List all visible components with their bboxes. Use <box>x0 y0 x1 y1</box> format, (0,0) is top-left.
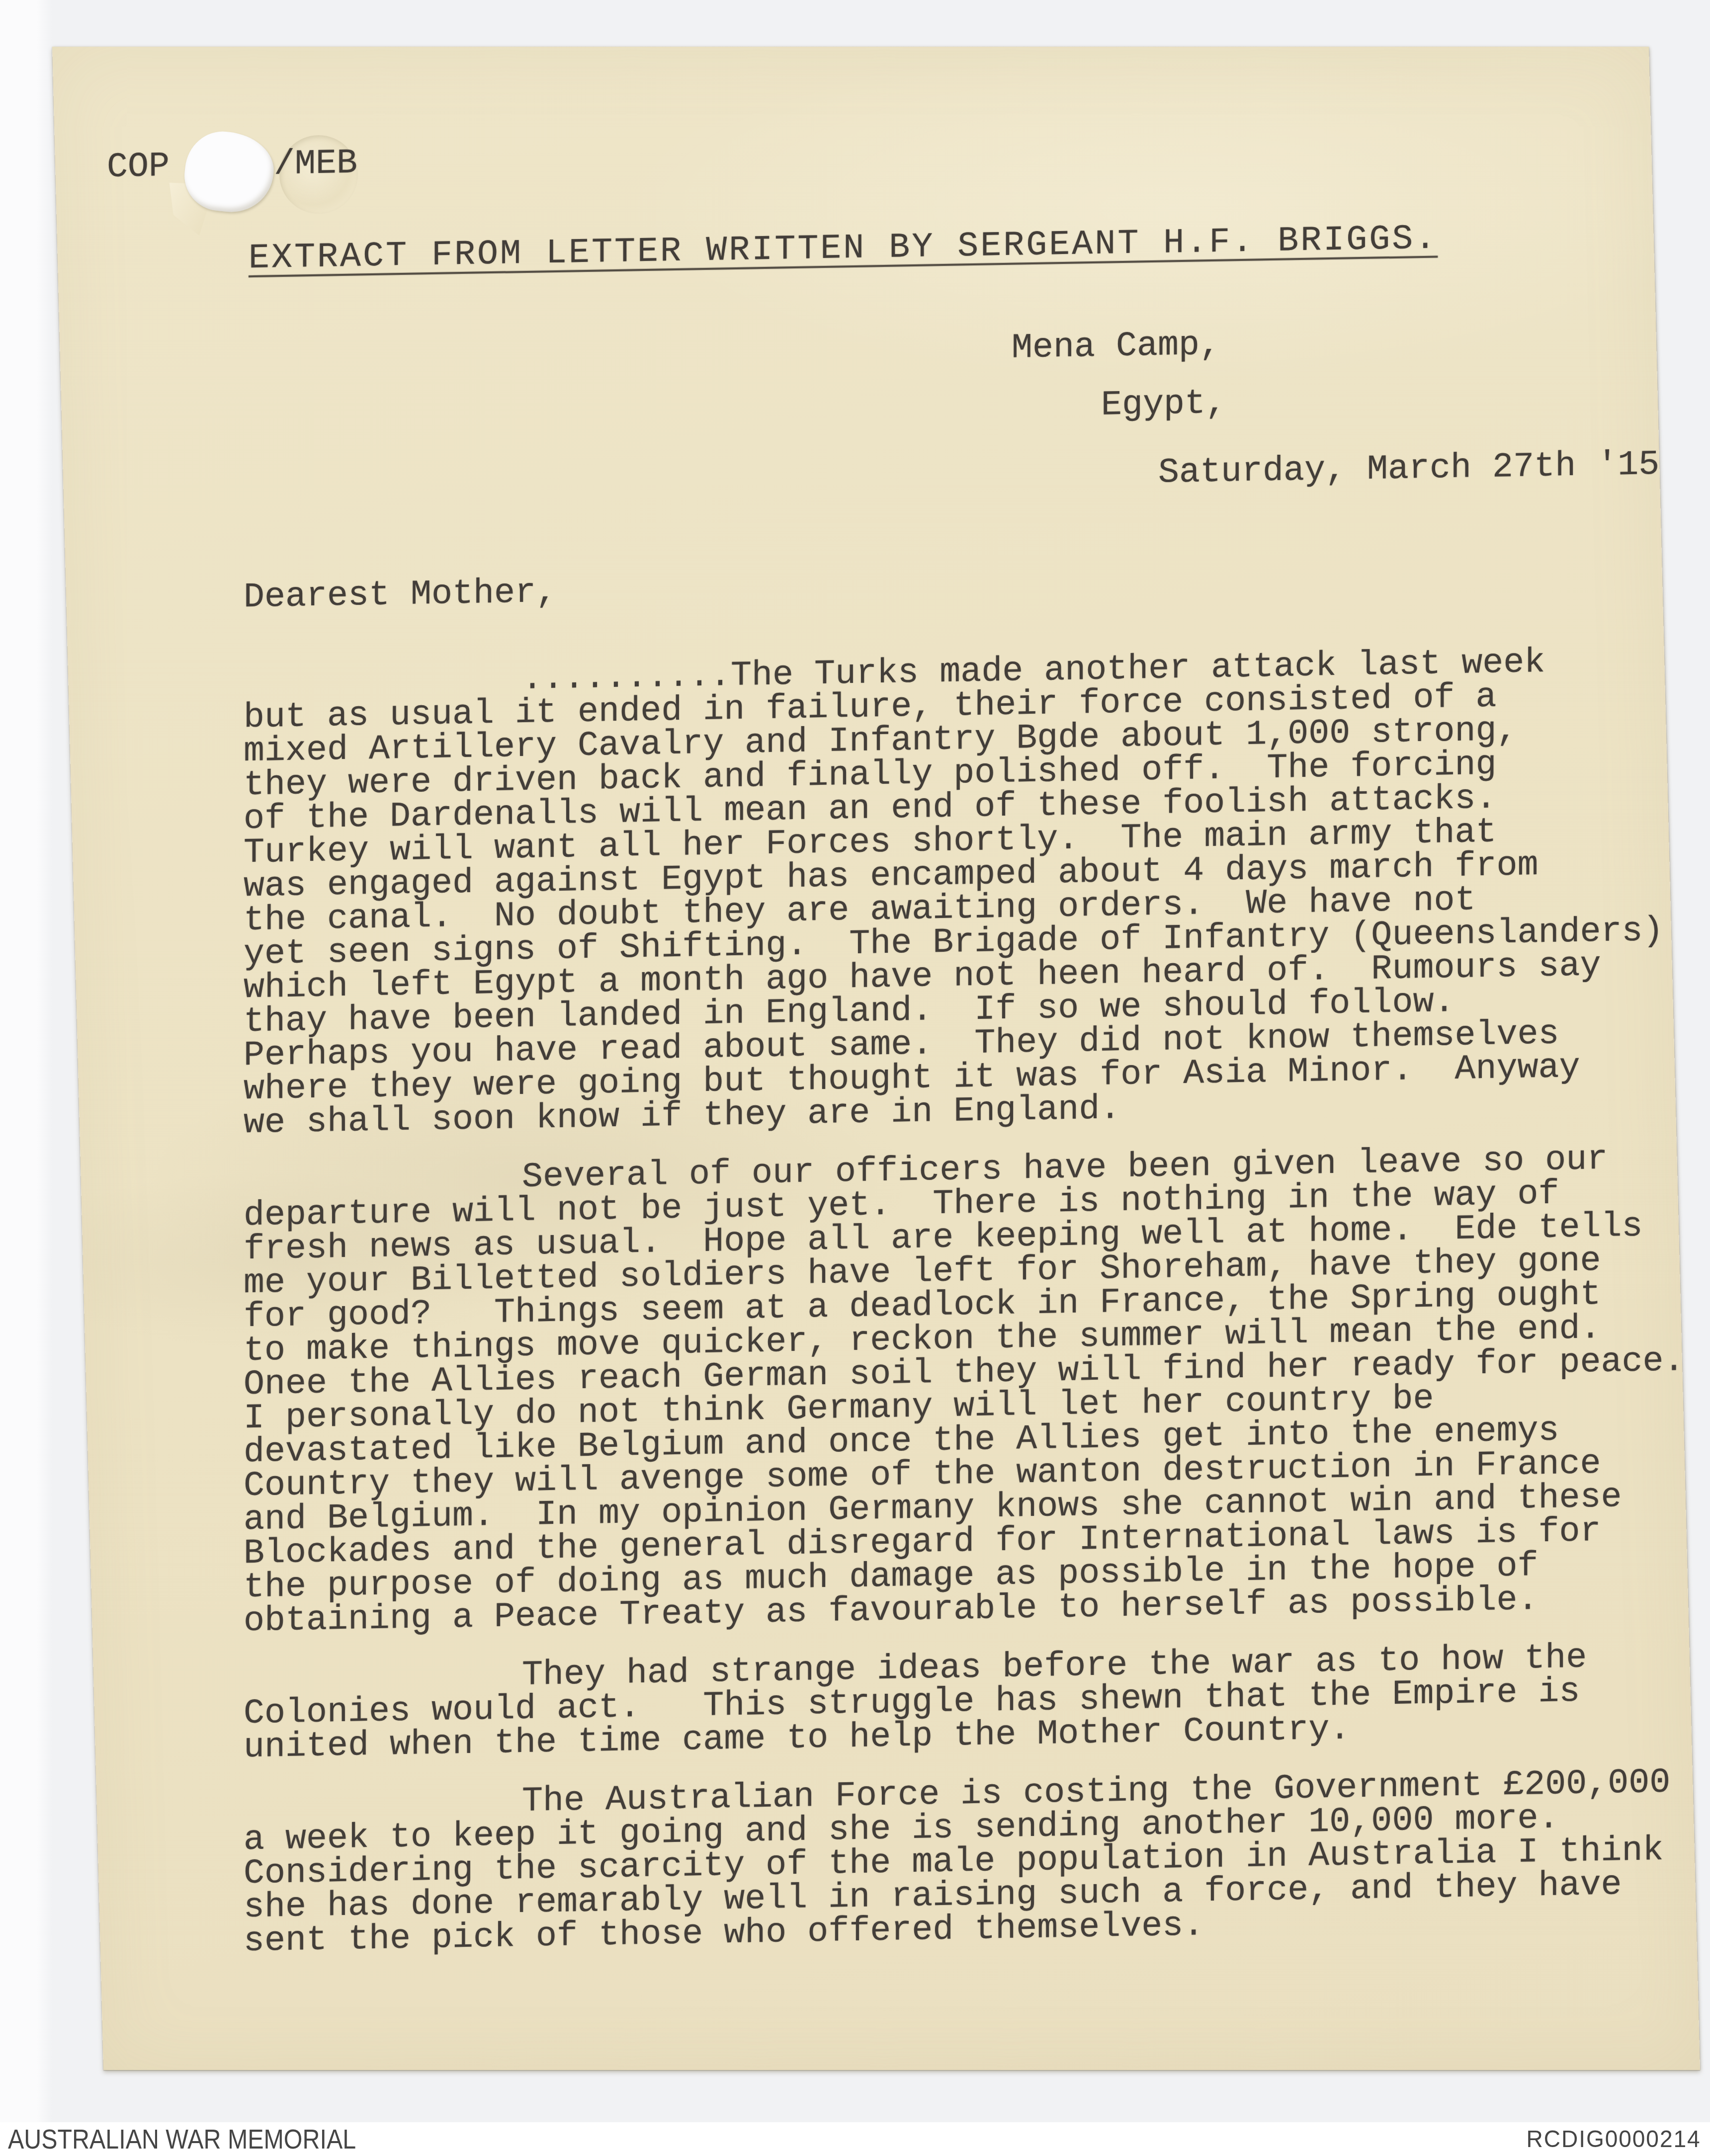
letter-paragraph: ..........The Turks made another attack … <box>244 644 1675 1141</box>
viewer-footer-bar: AUSTRALIAN WAR MEMORIAL RCDIG0000214 <box>0 2122 1710 2156</box>
archive-name-label: AUSTRALIAN WAR MEMORIAL <box>8 2123 356 2155</box>
letter-paragraph: Several of our officers have been given … <box>244 1142 1675 1639</box>
letter-title: EXTRACT FROM LETTER WRITTEN BY SERGEANT … <box>249 220 1438 279</box>
record-id-label: RCDIG0000214 <box>1527 2126 1701 2153</box>
scanner-bed-strip <box>0 0 52 2156</box>
address-line-camp: Mena Camp, <box>1012 326 1220 368</box>
letter-body: ..........The Turks made another attack … <box>244 644 1675 1984</box>
letter-paragraph: The Australian Force is costing the Gove… <box>244 1766 1675 1959</box>
salutation: Dearest Mother, <box>244 573 557 617</box>
date-line: Saturday, March 27th '15 <box>1158 445 1659 493</box>
letter-paragraph: They had strange ideas before the war as… <box>244 1640 1675 1765</box>
copy-reference: COP /MEB <box>107 144 357 187</box>
typewritten-content: COP /MEB EXTRACT FROM LETTER WRITTEN BY … <box>104 118 1675 1993</box>
address-line-country: Egypt, <box>1101 384 1226 425</box>
